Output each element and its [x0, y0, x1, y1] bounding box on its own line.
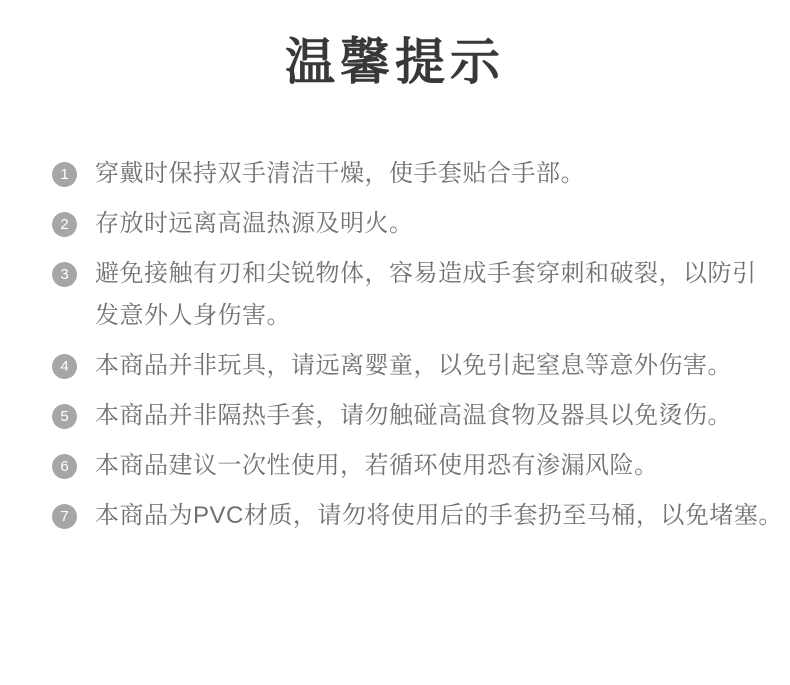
tip-row: 2 存放时远离高温热源及明火。	[52, 203, 760, 245]
tip-row: 7 本商品为PVC材质，请勿将使用后的手套扔至马桶，以免堵塞。	[52, 495, 760, 537]
tip-text-line: 本商品并非隔热手套，请勿触碰高温食物及器具以免烫伤。	[95, 395, 760, 437]
tip-row: 6 本商品建议一次性使用，若循环使用恐有渗漏风险。	[52, 445, 760, 487]
page-title: 温馨提示	[0, 0, 790, 90]
tip-row: 5 本商品并非隔热手套，请勿触碰高温食物及器具以免烫伤。	[52, 395, 760, 437]
tip-text-line: 本商品为PVC材质，请勿将使用后的手套扔至马桶，以免堵塞。	[95, 495, 783, 537]
tip-number-badge: 1	[52, 162, 77, 187]
tip-number-badge: 2	[52, 212, 77, 237]
tip-text: 本商品并非玩具，请远离婴童，以免引起窒息等意外伤害。	[95, 345, 760, 387]
tip-text: 存放时远离高温热源及明火。	[95, 203, 760, 245]
tip-number-badge: 3	[52, 262, 77, 287]
warm-tips-page: 温馨提示 1 穿戴时保持双手清洁干燥，使手套贴合手部。 2 存放时远离高温热源及…	[0, 0, 790, 685]
tip-text-line: 存放时远离高温热源及明火。	[95, 203, 760, 245]
tip-text-line: 本商品建议一次性使用，若循环使用恐有渗漏风险。	[95, 445, 760, 487]
tip-row: 3 避免接触有刃和尖锐物体，容易造成手套穿刺和破裂，以防引发意外人身伤害。	[52, 253, 760, 337]
tip-number-badge: 7	[52, 504, 77, 529]
tip-text-line: 发意外人身伤害。	[95, 295, 760, 337]
tips-list: 1 穿戴时保持双手清洁干燥，使手套贴合手部。 2 存放时远离高温热源及明火。 3…	[0, 153, 790, 537]
tip-text-line: 穿戴时保持双手清洁干燥，使手套贴合手部。	[95, 153, 760, 195]
tip-number-badge: 4	[52, 354, 77, 379]
tip-number-badge: 5	[52, 404, 77, 429]
tip-number-badge: 6	[52, 454, 77, 479]
tip-row: 1 穿戴时保持双手清洁干燥，使手套贴合手部。	[52, 153, 760, 195]
tip-row: 4 本商品并非玩具，请远离婴童，以免引起窒息等意外伤害。	[52, 345, 760, 387]
tip-text: 本商品并非隔热手套，请勿触碰高温食物及器具以免烫伤。	[95, 395, 760, 437]
tip-text-line: 本商品并非玩具，请远离婴童，以免引起窒息等意外伤害。	[95, 345, 760, 387]
tip-text: 本商品为PVC材质，请勿将使用后的手套扔至马桶，以免堵塞。	[95, 495, 783, 537]
tip-text: 避免接触有刃和尖锐物体，容易造成手套穿刺和破裂，以防引发意外人身伤害。	[95, 253, 760, 337]
tip-text: 本商品建议一次性使用，若循环使用恐有渗漏风险。	[95, 445, 760, 487]
tip-text: 穿戴时保持双手清洁干燥，使手套贴合手部。	[95, 153, 760, 195]
tip-text-line: 避免接触有刃和尖锐物体，容易造成手套穿刺和破裂，以防引	[95, 253, 760, 295]
